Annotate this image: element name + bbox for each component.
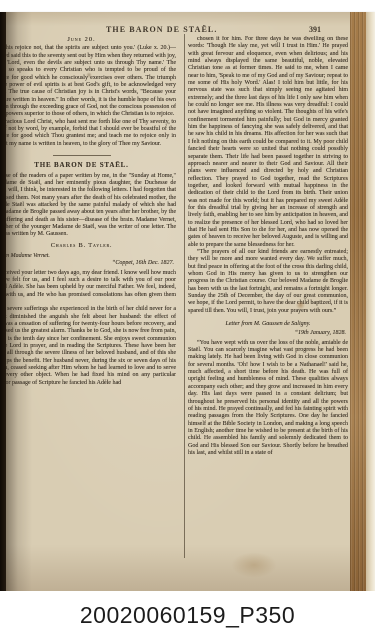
section-divider-rule <box>53 155 111 156</box>
book-page-photo: THE BARON DE STAËL. 391 June 20. 'In thi… <box>0 12 375 591</box>
catalogue-label-bar: 20020060159_P350 <box>0 591 375 640</box>
book-fore-edge <box>350 12 366 591</box>
left-paragraph-5: The severe sufferings she experienced in… <box>6 306 176 387</box>
right-paragraph-2: “The prayers of all our kind friends are… <box>188 249 348 315</box>
left-paragraph-3: Those of the readers of a paper written … <box>6 173 176 239</box>
left-text-column: June 20. 'In this rejoice not, that the … <box>6 36 176 564</box>
author-signature: Charles B. Tayler. <box>6 242 176 249</box>
letter-heading: Letter from M. Gaussen de Saligny. <box>188 321 348 328</box>
left-paragraph-4: I received your letter two days ago, my … <box>6 270 176 307</box>
page-number: 391 <box>309 25 321 34</box>
page-edge-highlight <box>366 12 375 591</box>
running-title: THE BARON DE STAËL. <box>106 25 217 34</box>
letter-dateline-2: “19th January, 1828. <box>188 330 346 337</box>
right-paragraph-3: “You have wept with us over the loss of … <box>188 340 348 458</box>
date-heading: June 20. <box>6 36 176 43</box>
section-title: THE BARON DE STAËL. <box>6 162 176 169</box>
column-divider-rule <box>184 34 185 558</box>
right-paragraph-1: chosen it for him. For three days he was… <box>188 36 348 249</box>
left-paragraph-2: O gracious Lord Christ, who hast sent me… <box>6 119 176 148</box>
right-text-column: chosen it for him. For three days he was… <box>188 36 348 564</box>
left-paragraph-1: 'In this rejoice not, that the spirits a… <box>6 45 176 118</box>
letter-dateline: “Coppet, 16th Dec. 1827. <box>6 260 174 267</box>
book-page: THE BARON DE STAËL. 391 June 20. 'In thi… <box>6 12 350 591</box>
catalogue-id-label: 20020060159_P350 <box>80 602 295 629</box>
